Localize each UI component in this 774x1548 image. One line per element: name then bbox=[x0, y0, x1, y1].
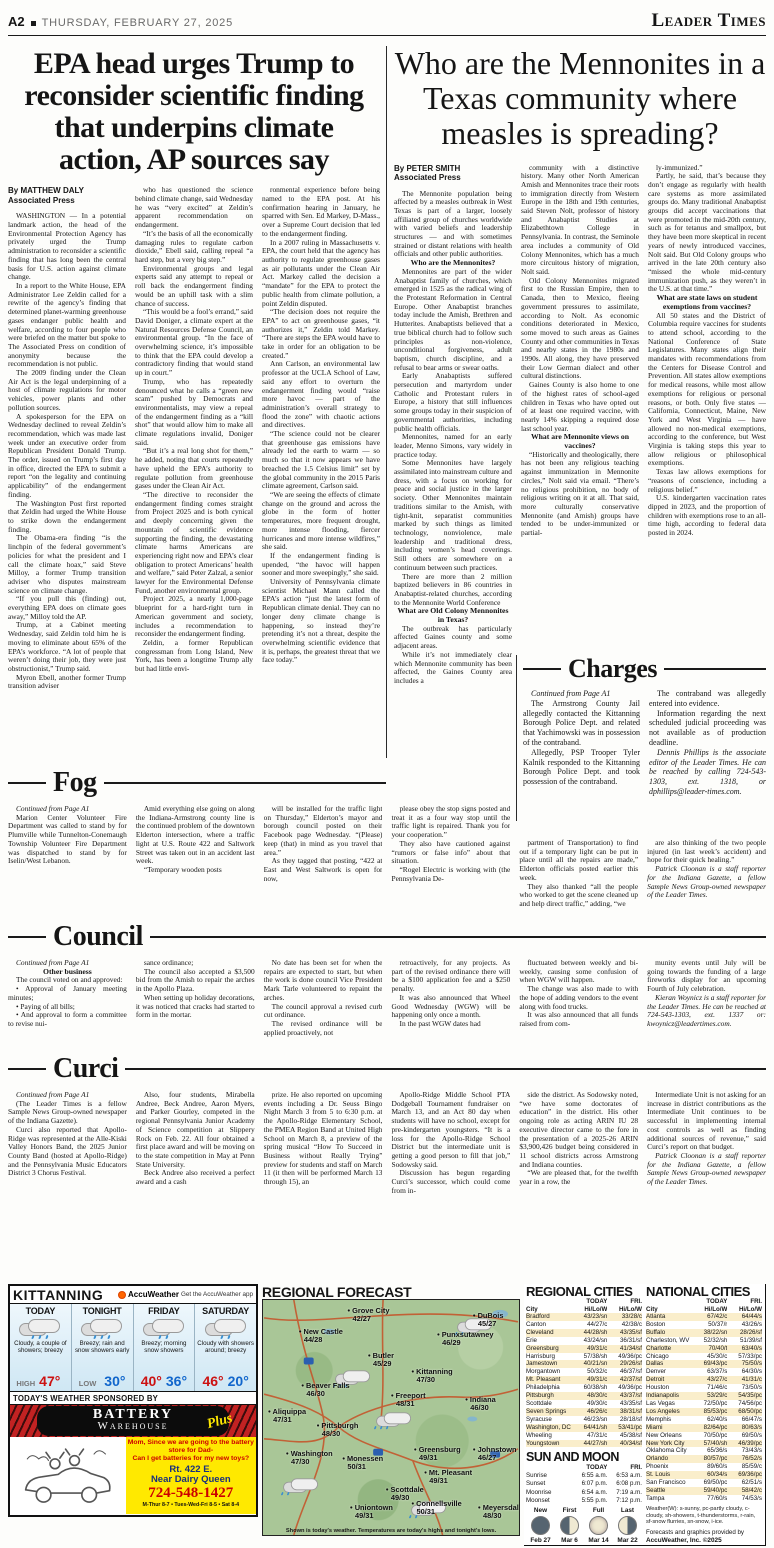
paragraph: Amid everything else going on along the … bbox=[136, 805, 255, 866]
paragraph: “But it’s a real long shot for them,” he… bbox=[135, 447, 253, 491]
table-cell: 64/30/s bbox=[727, 1368, 762, 1376]
map-city: Kittanning47/30 bbox=[411, 1368, 452, 1384]
section-column: sance ordinance;The council also accepte… bbox=[136, 959, 255, 1051]
paragraph: No date has been set for when the repair… bbox=[264, 959, 383, 1003]
section-text: fluctuated between weekly and bi-weekly,… bbox=[519, 959, 638, 1029]
header-cell: Hi/Lo/W bbox=[573, 1306, 608, 1314]
header-cell: Hi/Lo/W bbox=[727, 1306, 762, 1314]
day-name: FRIDAY bbox=[148, 1306, 179, 1316]
table-cell: Miami bbox=[646, 1424, 693, 1432]
article-column: By PETER SMITH Associated Press The Menn… bbox=[394, 164, 512, 799]
paragraph: Myron Ebell, another former Trump transi… bbox=[8, 674, 126, 691]
table-cell: 49/36/pc bbox=[607, 1353, 642, 1361]
table-row: Harrisburg57/38/sh49/36/pc bbox=[526, 1353, 642, 1361]
table-cell: 70/40/t bbox=[693, 1345, 728, 1353]
table-row: Seven Springs46/26/c38/31/sf bbox=[526, 1408, 642, 1416]
table-cell: 42/38/c bbox=[607, 1321, 642, 1329]
map-city: Connellsville50/31 bbox=[411, 1500, 461, 1516]
ad-body: Mom, Since we are going to the battery s… bbox=[10, 1437, 256, 1514]
paragraph: munity events until July will be going t… bbox=[647, 959, 766, 994]
table-cell: Washington, DC bbox=[526, 1424, 573, 1432]
paragraph: The change was also made to with the hop… bbox=[519, 985, 638, 1011]
table-cell: 29/26/sf bbox=[607, 1360, 642, 1368]
table-cell: 52/32/sh bbox=[693, 1337, 728, 1345]
header-cell bbox=[646, 1298, 693, 1306]
sun-and-moon-panel: SUN AND MOON TODAY FRI. Sunrise6:55 a.m.… bbox=[526, 1450, 642, 1544]
temp-label: LOW bbox=[79, 1379, 97, 1388]
moon-icon bbox=[618, 1516, 637, 1535]
table-row: Washington, DC64/41/sh53/41/pc bbox=[526, 1424, 642, 1432]
table-cell: 51/39/sf bbox=[727, 1337, 762, 1345]
paragraph: Discussion has begun regarding Curci’s s… bbox=[391, 1169, 510, 1195]
table-cell: Syracuse bbox=[526, 1416, 573, 1424]
table-column-header: TODAY FRI. bbox=[526, 1464, 642, 1472]
credit-text: AccuWeather, Inc. ©2025 bbox=[646, 1537, 722, 1544]
header-cell: FRI. bbox=[607, 1464, 642, 1472]
byline: By PETER SMITH Associated Press bbox=[394, 164, 512, 183]
table-row: Detroit43/27/c41/31/c bbox=[646, 1376, 762, 1384]
accuweather-app-label: Get the AccuWeather app bbox=[181, 1291, 253, 1298]
paragraph: retroactively, for any projects. As part… bbox=[391, 959, 510, 994]
map-city: Butler45/29 bbox=[368, 1352, 394, 1368]
header-rule bbox=[523, 668, 561, 670]
ad-text-panel: Mom, Since we are going to the battery s… bbox=[126, 1437, 256, 1514]
table-cell: 28/26/sf bbox=[727, 1329, 762, 1337]
map-city: Johnstown46/27 bbox=[473, 1446, 517, 1462]
header-cell: TODAY bbox=[573, 1298, 608, 1306]
weather-legend: Weather(W): s-sunny, pc-partly cloudy, c… bbox=[646, 1506, 762, 1526]
byline-author: By PETER SMITH bbox=[394, 164, 512, 174]
table-cell: 44/27/sh bbox=[573, 1440, 608, 1448]
header-rule bbox=[664, 668, 766, 670]
table-row: Miami82/64/pc80/63/s bbox=[646, 1424, 762, 1432]
table-cell: 46/26/c bbox=[573, 1408, 608, 1416]
paragraph: Environmental groups and legal experts s… bbox=[135, 265, 253, 309]
low-temp: 30° bbox=[104, 1373, 125, 1389]
table-row: Mt. Pleasant49/31/c42/37/sf bbox=[526, 1376, 642, 1384]
section-column: will be installed for the traffic light … bbox=[264, 805, 383, 923]
section-header: Charges bbox=[523, 655, 766, 683]
byline: By MATTHEW DALY Associated Press bbox=[8, 186, 126, 205]
paragraph: The outbreak has particularly affected G… bbox=[394, 625, 512, 651]
map-city: Greensburg49/31 bbox=[414, 1446, 461, 1462]
forecast-titlebar: KITTANNING AccuWeather Get the AccuWeath… bbox=[10, 1286, 256, 1304]
table-cell: Cleveland bbox=[526, 1329, 573, 1337]
section-column: fluctuated between weekly and bi-weekly,… bbox=[519, 959, 638, 1051]
header-cell: FRI. bbox=[607, 1298, 642, 1306]
table-cell: 73/43/s bbox=[727, 1447, 762, 1455]
map-city: Mt. Pleasant49/31 bbox=[424, 1469, 472, 1485]
table-row: Moonrise6:54 a.m.7:19 a.m. bbox=[526, 1489, 642, 1497]
paragraph: The council also accepted a $3,500 bid f… bbox=[136, 968, 255, 994]
table-cell: 62/51/s bbox=[727, 1479, 762, 1487]
table-cell: 64/44/s bbox=[727, 1313, 762, 1321]
forecast-day-today: TODAY Cloudy, a couple of showers; breez… bbox=[10, 1304, 72, 1391]
table-cell: 74/56/pc bbox=[727, 1400, 762, 1408]
table-cell: 6:55 a.m. bbox=[573, 1472, 608, 1480]
section-text: retroactively, for any projects. As part… bbox=[391, 959, 510, 1029]
section-column: Apollo-Ridge Middle School PTA Dodgeball… bbox=[391, 1091, 510, 1279]
section-curci: Curci Continued from Page A1(The Leader … bbox=[8, 1054, 766, 1279]
paragraph: Mennonites are part of the wider Anabapt… bbox=[394, 268, 512, 372]
table-cell: Jamestown bbox=[526, 1360, 573, 1368]
section-text: will be installed for the traffic light … bbox=[264, 805, 383, 883]
table-cell: 50/32/c bbox=[573, 1368, 608, 1376]
table-row: Chicago45/30/c57/33/pc bbox=[646, 1353, 762, 1361]
day-temps: 40° 36° bbox=[141, 1373, 187, 1389]
paragraph: Trump, who has repeatedly denounced what… bbox=[135, 378, 253, 448]
section-text: partment of Transportation) to find out … bbox=[519, 839, 638, 909]
table-cell: Atlanta bbox=[646, 1313, 693, 1321]
regional-cities-table: Bradford43/23/sn33/28/cCanton44/27/c42/3… bbox=[526, 1313, 642, 1447]
paragraph: “The decision does not require the EPA” … bbox=[262, 308, 380, 360]
table-cell: 48/30/c bbox=[573, 1392, 608, 1400]
high-temp: 40° bbox=[141, 1373, 162, 1389]
day-temps: HIGH 47° bbox=[16, 1373, 64, 1389]
paragraph: The council approval a revised curb cut … bbox=[264, 1003, 383, 1020]
paragraph: Gaines County is also home to one of the… bbox=[521, 381, 639, 433]
table-cell: Charleston, WV bbox=[646, 1337, 693, 1345]
paragraph: In a 2007 ruling in Massachusetts v. EPA… bbox=[262, 239, 380, 309]
accuweather-credit: Forecasts and graphics provided by AccuW… bbox=[646, 1529, 762, 1544]
map-city: Freeport48/31 bbox=[391, 1392, 426, 1408]
article-divider-rule bbox=[386, 46, 387, 758]
section-columns: Continued from Page A1Other businessThe … bbox=[8, 959, 766, 1051]
section-column: please obey the stop signs posted and tr… bbox=[391, 805, 510, 923]
table-cell: 57/33/pc bbox=[727, 1353, 762, 1361]
map-city: Aliquippa47/31 bbox=[268, 1408, 306, 1424]
paragraph: “If you pull this (finding) out, everyth… bbox=[8, 595, 126, 621]
paragraph: (The Leader Times is a fellow Sample New… bbox=[8, 1100, 127, 1126]
table-cell: Seattle bbox=[646, 1487, 693, 1495]
table-row: San Francisco69/50/pc62/51/s bbox=[646, 1479, 762, 1487]
table-row: Denver63/37/s64/30/s bbox=[646, 1368, 762, 1376]
paragraph: • And approval to form a committee to re… bbox=[8, 1011, 127, 1028]
table-cell: 57/40/sh bbox=[693, 1440, 728, 1448]
paragraph: who has questioned the science behind cl… bbox=[135, 186, 253, 230]
table-cell: San Francisco bbox=[646, 1479, 693, 1487]
weather-strip: KITTANNING AccuWeather Get the AccuWeath… bbox=[8, 1284, 766, 1546]
table-title: NATIONAL CITIES bbox=[646, 1284, 762, 1298]
paragraph: “It’s the basis of all the economically … bbox=[135, 230, 253, 265]
table-cell: 69/50/s bbox=[727, 1432, 762, 1440]
table-row: Orlando80/57/pc76/52/s bbox=[646, 1455, 762, 1463]
table-cell: 41/31/c bbox=[727, 1376, 762, 1384]
section-text: sance ordinance;The council also accepte… bbox=[136, 959, 255, 1020]
ad-hours: M-Thur 8-7 • Tues-Wed-Fri 8-5 • Sat 8-4 bbox=[128, 1502, 254, 1508]
map-city: Beaver Falls46/30 bbox=[301, 1382, 349, 1398]
moon-icon bbox=[589, 1516, 608, 1535]
map-city: Grove City42/27 bbox=[347, 1307, 389, 1323]
temp-label: HIGH bbox=[16, 1379, 35, 1388]
header-rule bbox=[8, 1068, 46, 1070]
paragraph: All 50 states and the District of Columb… bbox=[648, 312, 766, 469]
article-text: community with a distinctive history. Ma… bbox=[521, 164, 639, 538]
paragraph: As they tagged that posting, “422 at Eas… bbox=[264, 857, 383, 883]
section-header: Fog bbox=[8, 768, 386, 798]
day-description: Cloudy, a couple of showers; breezy bbox=[11, 1340, 70, 1355]
table-cell: 74/53/s bbox=[727, 1495, 762, 1503]
table-cell: 77/60/s bbox=[693, 1495, 728, 1503]
table-row: Dallas69/43/pc75/50/s bbox=[646, 1360, 762, 1368]
map-cloud-icon bbox=[374, 1410, 413, 1430]
paragraph: community with a distinctive history. Ma… bbox=[521, 164, 639, 277]
table-title: REGIONAL CITIES bbox=[526, 1284, 642, 1298]
table-row: Moonset5:55 p.m.7:12 p.m. bbox=[526, 1497, 642, 1505]
section-header: Council bbox=[8, 922, 766, 952]
moon-icon bbox=[560, 1516, 579, 1535]
table-cell: Boston bbox=[646, 1321, 693, 1329]
paragraph: “The science could not be clearer that g… bbox=[262, 430, 380, 491]
table-cell: 64/41/sh bbox=[573, 1424, 608, 1432]
square-bullet-icon bbox=[31, 21, 36, 26]
table-cell: Youngstown bbox=[526, 1440, 573, 1448]
table-cell: Buffalo bbox=[646, 1329, 693, 1337]
map-area: Grove City42/27New Castle44/28DuBois45/2… bbox=[262, 1299, 520, 1536]
table-column-header: TODAY FRI. bbox=[526, 1298, 642, 1306]
table-cell: 76/52/s bbox=[727, 1455, 762, 1463]
section-column: prize. He also reported on upcoming even… bbox=[264, 1091, 383, 1279]
table-cell: 7:19 a.m. bbox=[607, 1489, 642, 1497]
table-row: Houston71/46/c73/50/s bbox=[646, 1384, 762, 1392]
table-cell: 71/46/c bbox=[693, 1384, 728, 1392]
table-cell: Greensburg bbox=[526, 1345, 573, 1353]
table-cell: 38/22/sn bbox=[693, 1329, 728, 1337]
table-cell: Houston bbox=[646, 1384, 693, 1392]
table-row: Indianapolis53/29/c54/35/pc bbox=[646, 1392, 762, 1400]
accuweather-label: AccuWeather bbox=[128, 1290, 179, 1299]
paragraph: They also have cautioned against “rumors… bbox=[391, 840, 510, 866]
table-cell: 49/36/pc bbox=[607, 1384, 642, 1392]
table-cell: 70/50/pc bbox=[693, 1432, 728, 1440]
section-text: Continued from Page A1Marion Center Volu… bbox=[8, 805, 127, 866]
table-cell: 49/30/c bbox=[573, 1400, 608, 1408]
cloud-rain-icon bbox=[17, 1319, 63, 1334]
table-row: Wheeling47/31/c45/38/sf bbox=[526, 1432, 642, 1440]
ad-message: Mom, Since we are going to the battery s… bbox=[128, 1439, 254, 1455]
table-cell: 72/50/pc bbox=[693, 1400, 728, 1408]
moon-phase-new: NewFeb 27 bbox=[526, 1507, 555, 1544]
header-cell bbox=[526, 1298, 573, 1306]
header-rule bbox=[104, 782, 386, 784]
national-cities-table: Atlanta67/42/c64/44/sBoston50/37/r43/26/… bbox=[646, 1313, 762, 1503]
table-cell: 75/50/s bbox=[727, 1360, 762, 1368]
paragraph: It was also announced that Wheel Good We… bbox=[391, 994, 510, 1020]
cloud-snow-icon bbox=[79, 1319, 125, 1334]
table-row: Phoenix89/60/s85/59/c bbox=[646, 1463, 762, 1471]
table-cell: Scottdale bbox=[526, 1400, 573, 1408]
table-cell: 82/64/pc bbox=[693, 1424, 728, 1432]
paragraph: What are state laws on student exemption… bbox=[648, 294, 766, 311]
paragraph: “We are seeing the effects of climate ch… bbox=[262, 491, 380, 552]
table-cell: Oklahoma City bbox=[646, 1447, 693, 1455]
header-cell bbox=[526, 1464, 573, 1472]
table-cell: Denver bbox=[646, 1368, 693, 1376]
table-cell: New York City bbox=[646, 1440, 693, 1448]
paragraph: “This would be a fool’s errand,” said Da… bbox=[135, 308, 253, 378]
table-row: Philadelphia60/38/sh49/36/pc bbox=[526, 1384, 642, 1392]
section-column: No date has been set for when the repair… bbox=[264, 959, 383, 1051]
paragraph: What are Old Colony Mennonites in Texas? bbox=[394, 607, 512, 624]
table-cell: 33/28/c bbox=[607, 1313, 642, 1321]
article-column: ly-immunized.”Partly, he said, that’s be… bbox=[648, 164, 766, 649]
table-cell: 66/47/s bbox=[727, 1416, 762, 1424]
table-cell: 28/18/sf bbox=[607, 1416, 642, 1424]
paragraph: Old Colony Mennonites migrated first to … bbox=[521, 277, 639, 381]
paragraph: If the endangerment finding is upended, … bbox=[262, 552, 380, 578]
table-cell: Dallas bbox=[646, 1360, 693, 1368]
table-cell: 45/30/c bbox=[693, 1353, 728, 1361]
table-cell: 60/38/sh bbox=[573, 1384, 608, 1392]
article-text: The Mennonite population being affected … bbox=[394, 190, 512, 686]
table-row: Youngstown44/27/sh40/34/sf bbox=[526, 1440, 642, 1448]
paragraph: It was also announced that all funds rai… bbox=[519, 1011, 638, 1028]
forecast-day-saturday: SATURDAY Cloudy with showers around; bre… bbox=[195, 1304, 256, 1391]
table-row: Syracuse46/23/sn28/18/sf bbox=[526, 1416, 642, 1424]
table-cell: 6:53 a.m. bbox=[607, 1472, 642, 1480]
masthead-title: Leader Times bbox=[652, 10, 767, 32]
cloud-rain-icon bbox=[203, 1319, 249, 1334]
section-column: Intermediate Unit is not asking for an i… bbox=[647, 1091, 766, 1279]
paragraph: Apollo-Ridge Middle School PTA Dodgeball… bbox=[391, 1091, 510, 1169]
table-cell: 40/34/sf bbox=[607, 1440, 642, 1448]
table-cell: Harrisburg bbox=[526, 1353, 573, 1361]
table-row: Boston50/37/r43/26/s bbox=[646, 1321, 762, 1329]
table-row: Erie43/24/sn36/31/sf bbox=[526, 1337, 642, 1345]
section-text: are also thinking of the two people inju… bbox=[647, 839, 766, 900]
table-cell: 43/35/sf bbox=[607, 1400, 642, 1408]
table-cell: 38/31/sf bbox=[607, 1408, 642, 1416]
ad-phone-number: 724-548-1427 bbox=[128, 1485, 254, 1501]
paragraph: “The directive to reconsider the endange… bbox=[135, 491, 253, 595]
table-row: Pittsburgh48/30/c43/37/sf bbox=[526, 1392, 642, 1400]
table-cell: 6:08 p.m. bbox=[607, 1480, 642, 1488]
table-cell: 5:55 p.m. bbox=[573, 1497, 608, 1505]
table-cell: 46/23/sn bbox=[573, 1416, 608, 1424]
table-cell: 7:12 p.m. bbox=[607, 1497, 642, 1505]
header-cell: FRI. bbox=[727, 1298, 762, 1306]
paragraph: prize. He also reported on upcoming even… bbox=[264, 1091, 383, 1187]
paragraph: The Washington Post first reported that … bbox=[8, 500, 126, 535]
section-title: Fog bbox=[53, 769, 97, 797]
table-cell: Canton bbox=[526, 1321, 573, 1329]
table-cell: Tampa bbox=[646, 1495, 693, 1503]
section-text: Apollo-Ridge Middle School PTA Dodgeball… bbox=[391, 1091, 510, 1195]
paragraph: Curci also reported that Apollo-Ridge wa… bbox=[8, 1126, 127, 1178]
paragraph: While it’s not immediately clear which M… bbox=[394, 651, 512, 686]
ad-brand-line2: Warehouse bbox=[37, 1421, 229, 1432]
paragraph: please obey the stop signs posted and tr… bbox=[391, 805, 510, 840]
paragraph: Partly, he said, that’s because they don… bbox=[648, 172, 766, 294]
table-cell: 67/42/c bbox=[693, 1313, 728, 1321]
car-doodle-icon bbox=[18, 1441, 118, 1511]
section-text: side the district. As Sodowsky noted, “w… bbox=[519, 1091, 638, 1187]
section-column: Continued from Page A1Other businessThe … bbox=[8, 959, 127, 1051]
table-cell: Bradford bbox=[526, 1313, 573, 1321]
table-cell: 36/31/sf bbox=[607, 1337, 642, 1345]
byline-credit: Associated Press bbox=[8, 196, 126, 206]
table-cell: 6:54 a.m. bbox=[573, 1489, 608, 1497]
map-city: Meyersdale48/30 bbox=[478, 1504, 520, 1520]
table-cell: Morgantown bbox=[526, 1368, 573, 1376]
table-cell: Philadelphia bbox=[526, 1384, 573, 1392]
day-name: TONIGHT bbox=[83, 1306, 122, 1316]
paragraph: Early Anabaptists suffered persecution a… bbox=[394, 372, 512, 433]
date-label: THURSDAY, FEBRUARY 27, 2025 bbox=[42, 17, 233, 29]
article-epa: EPA head urges Trump to reconsider scien… bbox=[8, 46, 380, 751]
article-headline: EPA head urges Trump to reconsider scien… bbox=[10, 48, 378, 176]
table-cell: 57/38/sh bbox=[573, 1353, 608, 1361]
moon-phase-last: LastMar 22 bbox=[613, 1507, 642, 1544]
table-row: Greensburg49/31/c41/34/sf bbox=[526, 1345, 642, 1353]
table-row: Memphis62/40/s66/47/s bbox=[646, 1416, 762, 1424]
accuweather-sun-icon bbox=[118, 1291, 126, 1299]
paragraph: The Obama-era finding “is the linchpin o… bbox=[8, 534, 126, 595]
paragraph: Patrick Cloonan is a staff reporter for … bbox=[647, 1152, 766, 1187]
high-temp: 47° bbox=[39, 1373, 60, 1389]
regional-forecast-map: REGIONAL FORECAST bbox=[262, 1284, 520, 1536]
table-cell: 46/37/sf bbox=[607, 1368, 642, 1376]
table-column-header: TODAY FRI. bbox=[646, 1298, 762, 1306]
table-cell: 46/39/pc bbox=[727, 1440, 762, 1448]
table-column-header: City Hi/Lo/W Hi/Lo/W bbox=[646, 1306, 762, 1314]
table-cell: St. Louis bbox=[646, 1471, 693, 1479]
header-cell: TODAY bbox=[693, 1298, 728, 1306]
paragraph: “Rogel Electric is working with (the Pen… bbox=[391, 866, 510, 883]
table-cell: 60/34/s bbox=[693, 1471, 728, 1479]
table-cell: Erie bbox=[526, 1337, 573, 1345]
day-name: TODAY bbox=[26, 1306, 56, 1316]
article-columns: By MATTHEW DALY Associated Press WASHING… bbox=[8, 186, 380, 751]
table-cell: Indianapolis bbox=[646, 1392, 693, 1400]
high-temp: 46° bbox=[202, 1373, 223, 1389]
sun-moon-table: Sunrise6:55 a.m.6:53 a.m.Sunset6:07 p.m.… bbox=[526, 1472, 642, 1505]
table-cell: 41/34/sf bbox=[607, 1345, 642, 1353]
page-number: A2 bbox=[8, 14, 25, 29]
ad-striped-band: BATTERY Warehouse Plus bbox=[10, 1405, 256, 1437]
section-column: Continued from Page A1(The Leader Times … bbox=[8, 1091, 127, 1279]
paragraph: partment of Transportation) to find out … bbox=[519, 839, 638, 883]
article-column: who has questioned the science behind cl… bbox=[135, 186, 253, 751]
table-cell: 85/53/pc bbox=[693, 1408, 728, 1416]
table-row: Tampa77/60/s74/53/s bbox=[646, 1495, 762, 1503]
table-cell: 42/37/sf bbox=[607, 1376, 642, 1384]
table-cell: 44/28/sh bbox=[573, 1329, 608, 1337]
credit-text: Forecasts and graphics provided by bbox=[646, 1529, 744, 1536]
table-row: New Orleans70/50/pc69/50/s bbox=[646, 1432, 762, 1440]
paragraph: When setting up holiday decorations, it … bbox=[136, 994, 255, 1020]
paragraph: What are Mennonite views on vaccines? bbox=[521, 433, 639, 450]
section-header: Curci bbox=[8, 1054, 766, 1084]
section-text: No date has been set for when the repair… bbox=[264, 959, 383, 1037]
paragraph: A spokesperson for the EPA on Wednesday … bbox=[8, 413, 126, 500]
sponsor-label: TODAY'S WEATHER SPONSORED BY bbox=[10, 1392, 256, 1405]
table-cell: Sunrise bbox=[526, 1472, 573, 1480]
table-row: Sunrise6:55 a.m.6:53 a.m. bbox=[526, 1472, 642, 1480]
paragraph: Kieran Woynicz is a staff reporter for t… bbox=[647, 994, 766, 1029]
header-rule bbox=[150, 936, 766, 938]
table-cell: 89/60/s bbox=[693, 1463, 728, 1471]
day-temps: 46° 20° bbox=[202, 1373, 248, 1389]
battery-warehouse-ad: BATTERY Warehouse Plus bbox=[10, 1405, 256, 1514]
paragraph: Beck Andree also received a perfect awar… bbox=[136, 1169, 255, 1186]
table-cell: Orlando bbox=[646, 1455, 693, 1463]
paragraph: Ann Carlson, an environmental law profes… bbox=[262, 360, 380, 430]
table-cell: 6:07 p.m. bbox=[573, 1480, 608, 1488]
weather-tables: REGIONAL CITIES TODAY FRI. City Hi/Lo/W … bbox=[524, 1284, 766, 1546]
section-text: Continued from Page A1(The Leader Times … bbox=[8, 1091, 127, 1178]
table-row: Charleston, WV52/32/sh51/39/sf bbox=[646, 1337, 762, 1345]
